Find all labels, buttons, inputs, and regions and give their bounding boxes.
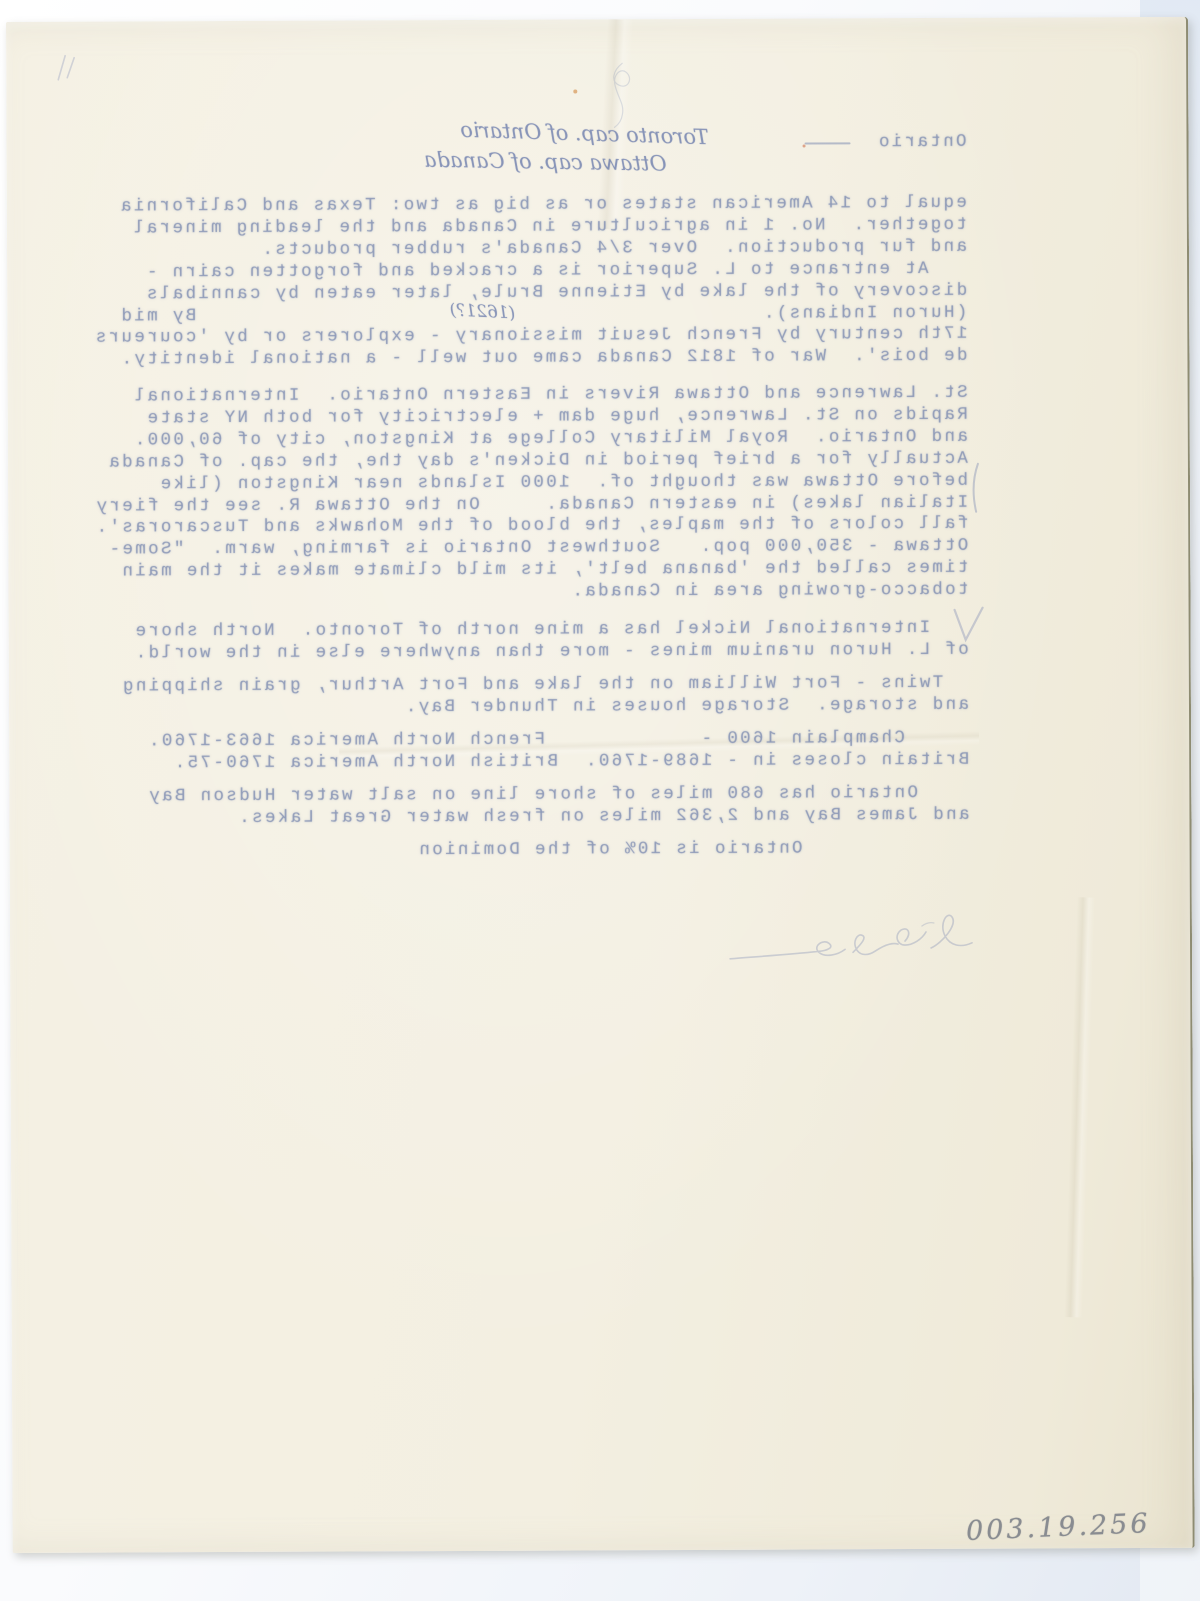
typed-paragraph: Champlain 1600 - French North America 16… xyxy=(147,728,970,775)
typed-line: discovery of the lake by Etienne Brule, … xyxy=(93,280,967,306)
typed-line: and James Bay and 2,362 miles on fresh w… xyxy=(147,805,970,830)
typed-paragraph: Ontario has 680 miles of shore line on s… xyxy=(147,783,970,830)
header-dash-mark xyxy=(805,142,851,144)
typed-line: of L. Huron uranium mines - more than an… xyxy=(133,640,968,666)
mirrored-showthrough-block: Ontario Toronto cap. of Ontario Ottawa c… xyxy=(70,108,969,872)
typed-line: before Ottawa was thought of. 1000 Islan… xyxy=(94,470,968,496)
paper-sheet: Ontario Toronto cap. of Ontario Ottawa c… xyxy=(6,17,1195,1553)
typed-paragraphs: equal to 14 American states or as big as… xyxy=(70,108,966,112)
typed-header-label: Ontario xyxy=(877,132,967,154)
typed-paragraph: St. Lawrence and Ottawa Rivers in Easter… xyxy=(94,383,969,606)
typed-header-line: Ontario xyxy=(805,132,967,155)
scan-background: Ontario Toronto cap. of Ontario Ottawa c… xyxy=(0,0,1200,1601)
typed-paragraph: International Nickel has a mine north of… xyxy=(133,618,969,665)
paper-crease xyxy=(1064,897,1095,1317)
typed-paragraph: equal to 14 American states or as big as… xyxy=(93,193,968,372)
typed-line: de bois'. War of 1812 Canada came out we… xyxy=(94,346,968,372)
typed-line: Britain closes in - 1689-1760. British N… xyxy=(147,750,970,775)
paper-speck xyxy=(573,90,577,94)
checkmark-icon xyxy=(949,604,989,648)
pen-stroke-mark xyxy=(966,460,986,516)
signature-handwriting xyxy=(726,914,1016,981)
handwritten-note-line2: Ottawa cap. of Canada xyxy=(424,148,667,176)
typed-line: Ontario is 10% of the Dominion xyxy=(417,838,970,862)
typed-paragraph: Ontario is 10% of the Dominion xyxy=(417,838,970,862)
handwritten-note-line1: Toronto cap. of Ontario xyxy=(460,118,709,150)
typed-paragraph: Twins - Fort William on the lake and For… xyxy=(121,673,969,721)
typed-line: and storage. Storage houses in Thunder B… xyxy=(121,695,969,721)
typed-line: tobacco-growing area in Canada. xyxy=(95,580,969,606)
corner-scribble-mark xyxy=(50,48,80,88)
